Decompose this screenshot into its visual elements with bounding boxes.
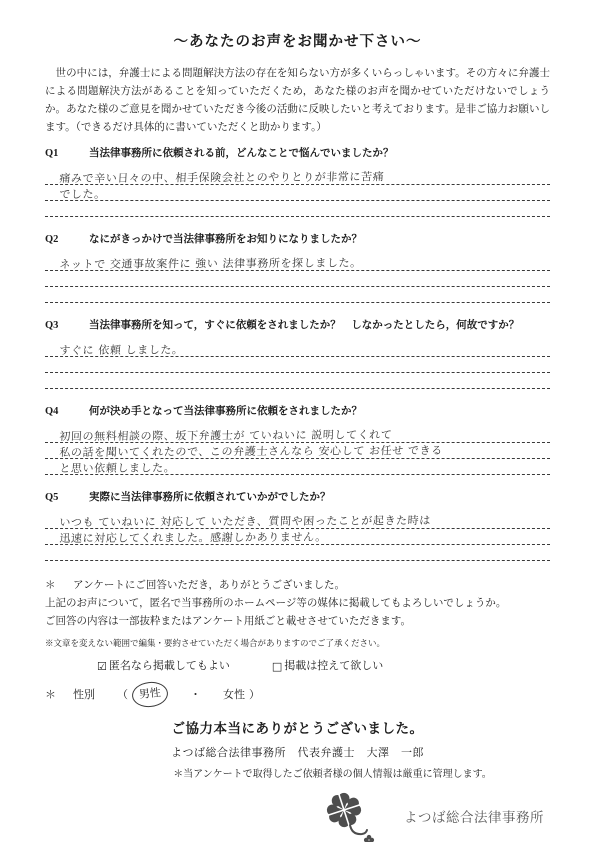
question-block-5: Q5 実際に当法律事務所に依頼されていかがでしたか？ いつも ていねいに 対応し… (45, 491, 550, 561)
question-block-4: Q4 何が決め手となって当法律事務所に依頼をされましたか？ 初回の無料相談の際、… (45, 405, 550, 475)
question-text: 当法律事務所に依頼される前，どんなことで悩んでいましたか？ (89, 147, 550, 161)
gender-male-label: 男性 (138, 687, 161, 701)
unchecked-checkbox-icon: □ (272, 661, 282, 672)
answer-line (45, 545, 550, 561)
publish-decline-option: □ 掲載は控えて欲しい (272, 657, 383, 675)
answer-line: すぐに 依頼 しました。 (45, 341, 550, 357)
handwritten-answer: いつも ていねいに 対応して いただき、質問や困ったことが起きた時は (59, 512, 431, 530)
question-text: 当法律事務所を知って，すぐに依頼をされましたか？ しなかったとしたら，何故ですか… (89, 319, 550, 333)
answer-line: と思い依頼しました。 (45, 459, 550, 475)
answer-line (45, 373, 550, 389)
closing-section: ご協力本当にありがとうございました。 よつば総合法律事務所 代表弁護士 大澤 一… (45, 717, 550, 780)
consent-section: ＊ アンケートにご回答いただき，ありがとうございました。 上記のお声について，匿… (45, 577, 550, 707)
privacy-note: ＊当アンケートで取得したご依頼者様の個人情報は厳重に管理します。 (45, 765, 550, 780)
consent-line-1: 上記のお声について，匿名で当事務所のホームページ等の媒体に掲載してもよろしいでし… (45, 595, 550, 613)
question-number: Q4 (45, 405, 89, 419)
asterisk-marker: ＊ (45, 577, 73, 595)
survey-thanks-note: アンケートにご回答いただき，ありがとうございました。 (73, 577, 345, 595)
gender-paren-open: （ (117, 686, 128, 704)
handwritten-answer: でした。 (59, 186, 106, 202)
firm-representative-line: よつば総合法律事務所 代表弁護士 大澤 一郎 (45, 744, 550, 760)
gender-row: ＊ 性別 （ 男性 ・ 女性 ） (45, 682, 550, 707)
question-text: 実際に当法律事務所に依頼されていかがでしたか？ (89, 491, 550, 505)
gender-female-label: 女性 (223, 686, 245, 704)
handwritten-answer: 私の話を聞いてくれたので、この弁護士さんなら 安心して お任せ できる (59, 442, 443, 460)
survey-page: ～あなたのお声をお聞かせ下さい～ 世の中には，弁護士による問題解決方法の存在を知… (0, 0, 595, 842)
publish-ok-option: ☑ 匿名なら掲載してもよい (97, 657, 230, 675)
handwritten-answer: 痛みで辛い日々の中、相手保険会社とのやりとりが非常に苦痛 (59, 168, 385, 186)
intro-paragraph: 世の中には，弁護士による問題解決方法の存在を知らない方が多くいらっしゃいます。そ… (45, 65, 550, 137)
gender-paren-close: ） (249, 686, 260, 704)
answer-line: 痛みで辛い日々の中、相手保険会社とのやりとりが非常に苦痛 (45, 169, 550, 185)
four-leaf-clover-icon (320, 788, 378, 842)
answer-line: いつも ていねいに 対応して いただき、質問や困ったことが起きた時は (45, 513, 550, 529)
consent-fineprint: ※文章を変えない範囲で編集・要約させていただく場合がありますのでご了承ください。 (45, 634, 550, 652)
answer-line (45, 201, 550, 217)
answer-area: いつも ていねいに 対応して いただき、質問や困ったことが起きた時は 迅速に対応… (45, 513, 550, 561)
answer-line: でした。 (45, 185, 550, 201)
handwritten-answer: ネットで 交通事故案件に 強い 法律事務所を探しました。 (59, 254, 362, 272)
page-title: ～あなたのお声をお聞かせ下さい～ (45, 30, 550, 51)
question-block-2: Q2 なにがきっかけで当法律事務所をお知りになりましたか？ ネットで 交通事故案… (45, 233, 550, 303)
closing-thanks: ご協力本当にありがとうございました。 (45, 717, 550, 737)
answer-area: ネットで 交通事故案件に 強い 法律事務所を探しました。 (45, 255, 550, 303)
handwritten-answer: と思い依頼しました。 (59, 459, 176, 476)
firm-logo-row: よつば総合法律事務所 (45, 788, 550, 842)
answer-line (45, 271, 550, 287)
answer-area: 初回の無料相談の際、坂下弁護士が ていねいに 説明してくれて 私の話を聞いてくれ… (45, 427, 550, 475)
question-number: Q2 (45, 233, 89, 247)
asterisk-marker: ＊ (45, 686, 69, 704)
checked-checkbox-icon: ☑ (97, 661, 107, 672)
handwritten-answer: 初回の無料相談の際、坂下弁護士が ていねいに 説明してくれて (59, 426, 393, 444)
answer-line (45, 287, 550, 303)
answer-area: すぐに 依頼 しました。 (45, 341, 550, 389)
answer-line: 私の話を聞いてくれたので、この弁護士さんなら 安心して お任せ できる (45, 443, 550, 459)
consent-line-2: ご回答の内容は一部抜粋またはアンケート用紙ごと載せさせていただきます。 (45, 613, 550, 631)
question-text: 何が決め手となって当法律事務所に依頼をされましたか？ (89, 405, 550, 419)
answer-area: 痛みで辛い日々の中、相手保険会社とのやりとりが非常に苦痛 でした。 (45, 169, 550, 217)
publish-decline-label: 掲載は控えて欲しい (284, 657, 383, 675)
publish-ok-label: 匿名なら掲載してもよい (109, 657, 230, 675)
question-number: Q1 (45, 147, 89, 161)
answer-line: ネットで 交通事故案件に 強い 法律事務所を探しました。 (45, 255, 550, 271)
question-block-3: Q3 当法律事務所を知って，すぐに依頼をされましたか？ しなかったとしたら，何故… (45, 319, 550, 389)
question-number: Q5 (45, 491, 89, 505)
handwritten-answer: 迅速に対応してくれました。感謝しかありません。 (59, 529, 327, 546)
gender-male-circled: 男性 (131, 680, 169, 709)
handwritten-answer: すぐに 依頼 しました。 (59, 341, 184, 358)
answer-line: 迅速に対応してくれました。感謝しかありません。 (45, 529, 550, 545)
question-number: Q3 (45, 319, 89, 333)
answer-line: 初回の無料相談の際、坂下弁護士が ていねいに 説明してくれて (45, 427, 550, 443)
gender-label: 性別 (73, 686, 95, 704)
answer-line (45, 357, 550, 373)
publish-options-row: ☑ 匿名なら掲載してもよい □ 掲載は控えて欲しい (97, 657, 550, 675)
question-text: なにがきっかけで当法律事務所をお知りになりましたか？ (89, 233, 550, 247)
question-block-1: Q1 当法律事務所に依頼される前，どんなことで悩んでいましたか？ 痛みで辛い日々… (45, 147, 550, 217)
firm-logo-text: よつば総合法律事務所 (404, 806, 544, 826)
gender-separator: ・ (190, 686, 201, 704)
